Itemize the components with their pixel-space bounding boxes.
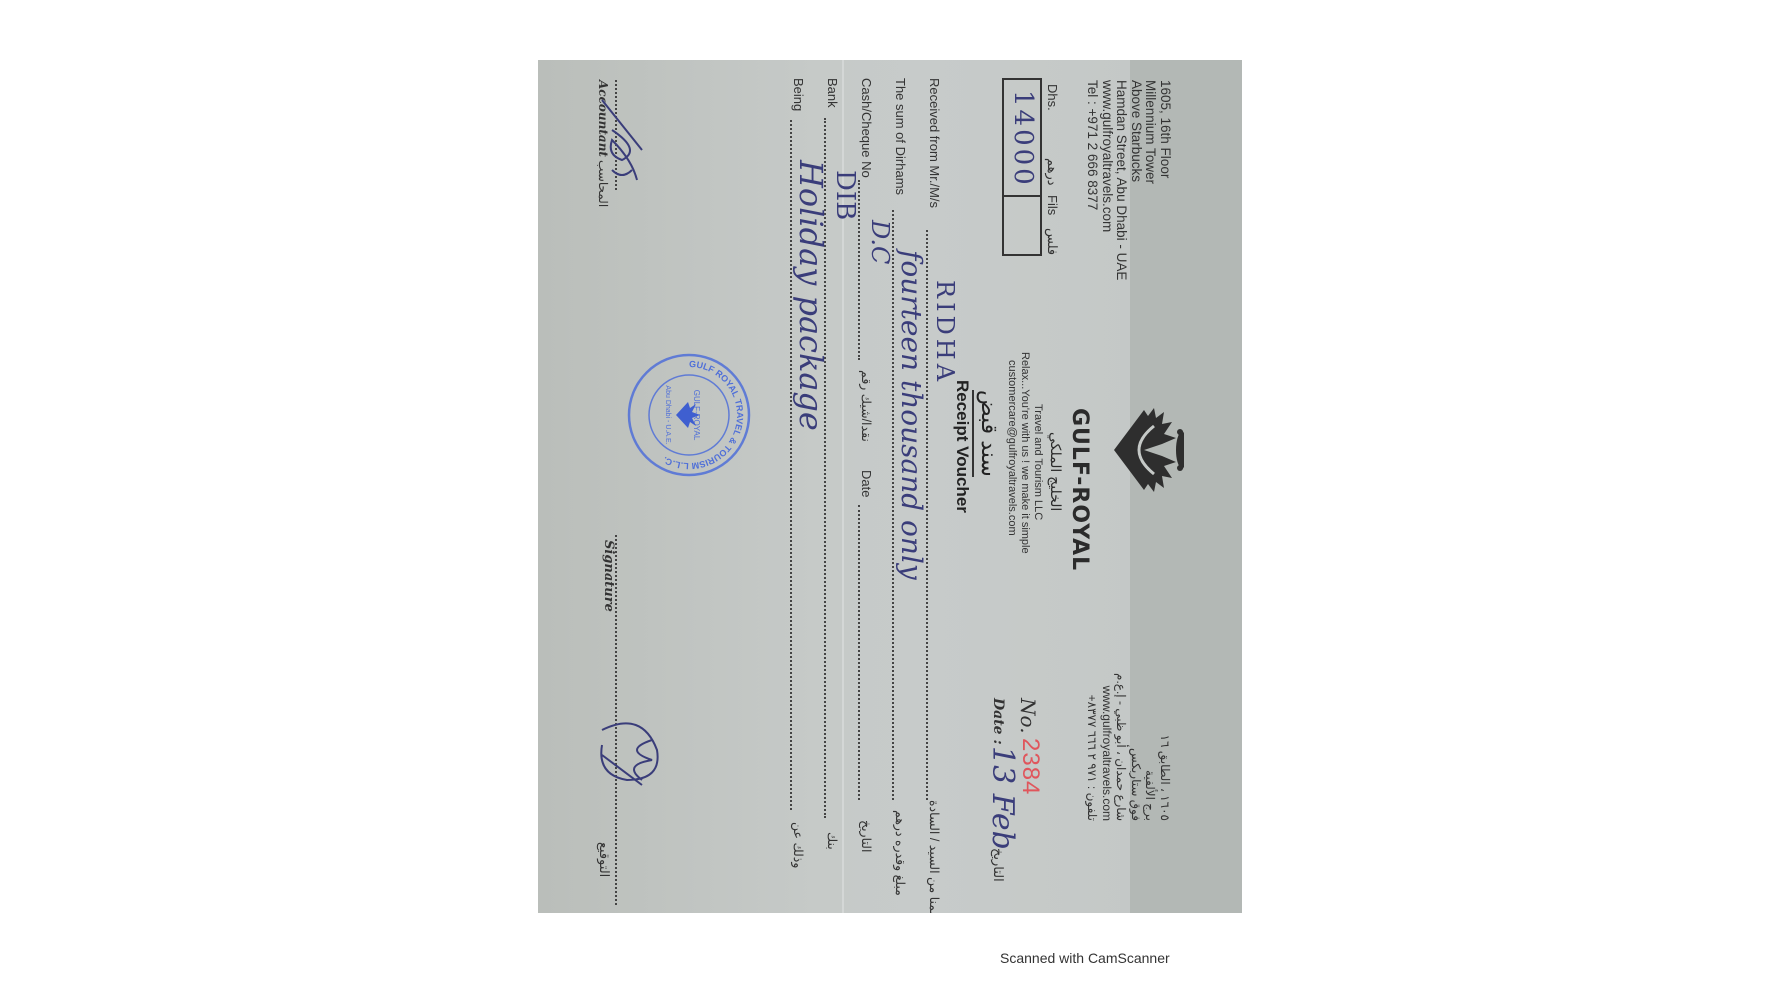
fils-label-arabic: فلس <box>1044 228 1060 255</box>
voucher-title: Receipt Voucher <box>952 380 972 513</box>
voucher-number: 2384 <box>1016 738 1044 795</box>
field-label: The sum of Dirhams <box>893 78 908 195</box>
amount-box: 14000 <box>1002 78 1042 256</box>
phone-line-ar: تلفون : ٩٧١ ٢ ٦٦٦ ٨٣٧٧+ <box>1085 673 1100 821</box>
company-email: customercare@gulfroyaltravels.com <box>1006 360 1018 536</box>
voucher-number-label: No. <box>1016 698 1040 734</box>
company-tagline: Relax...You're with us ! we make it simp… <box>1019 352 1031 554</box>
bank-value: DIB <box>830 170 860 220</box>
dhs-label: Dhs. <box>1045 84 1060 111</box>
customer-signature <box>592 710 672 800</box>
signature-label: Signature <box>601 540 616 612</box>
receipt-paper: 1605, 16th Floor Millennium Tower Above … <box>538 60 1242 913</box>
fils-label: Fils <box>1045 195 1060 215</box>
field-label-arabic: بنك <box>825 832 840 850</box>
field-label: Bank <box>825 78 840 108</box>
company-name-arabic: الخليج الملكي <box>1047 432 1064 511</box>
field-label: Cash/Cheque No <box>859 78 874 178</box>
cheque-date-label-arabic: التاريخ <box>859 820 874 852</box>
address-line: Hamdan Street, Abu Dhabi - UAE <box>1114 80 1129 280</box>
field-label-arabic: وذلك عن <box>791 822 806 868</box>
scanned-receipt-photo: 1605, 16th Floor Millennium Tower Above … <box>538 60 1242 913</box>
field-received-from: Received from Mr./M/s <box>927 78 942 208</box>
camscanner-watermark: Scanned with CamScanner <box>1000 950 1170 966</box>
amount-box-divider <box>1004 195 1040 197</box>
field-label-arabic: استلمنا من السيد / السادة <box>927 800 942 913</box>
address-line: 1605, 16th Floor <box>1158 80 1173 280</box>
dhs-label-arabic: درهم <box>1044 158 1060 186</box>
address-line: Above Starbucks <box>1129 80 1144 280</box>
company-subtitle: Travel and Tourism LLC <box>1032 404 1044 520</box>
phone-line: Tel : +971 2 666 8377 <box>1085 80 1100 280</box>
address-english: 1605, 16th Floor Millennium Tower Above … <box>1085 80 1172 280</box>
accountant-signature <box>592 90 652 210</box>
field-label: Received from Mr./M/s <box>927 78 942 208</box>
address-arabic: ١٦٠٥ ، الطابق ١٦ برج الألفية فوق ستاربكس… <box>1085 673 1172 821</box>
receipt-voucher: 1605, 16th Floor Millennium Tower Above … <box>538 60 1242 913</box>
address-line: Millennium Tower <box>1143 80 1158 280</box>
address-line-ar: فوق ستاربكس <box>1129 673 1144 821</box>
sum-of-dirhams-value: fourteen thousand only <box>895 250 928 580</box>
field-label-arabic: نقدا/شيك رقم <box>859 370 874 442</box>
signature-label-arabic: التوقيع <box>596 842 612 877</box>
field-label-arabic: مبلغ وقدره درهم <box>893 810 908 896</box>
field-bank: Bank <box>825 78 840 108</box>
received-from-value: RIDHA <box>931 280 959 385</box>
dotted-line <box>858 505 860 800</box>
date-label-arabic: التاريخ <box>990 848 1006 882</box>
address-line-ar: شارع حمدان ، أبو ظبي - إ.ع.م <box>1114 673 1129 821</box>
date-handwritten: 13 Feb <box>985 746 1020 850</box>
svg-text:Abu Dhabi - U.A.E.: Abu Dhabi - U.A.E. <box>664 385 671 444</box>
website-line-ar: www.gulfroyaltravels.com <box>1100 673 1115 821</box>
address-line-ar: ١٦٠٥ ، الطابق ١٦ <box>1158 673 1173 821</box>
field-sum-of-dirhams: The sum of Dirhams <box>893 78 908 195</box>
cheque-date-label: Date <box>859 470 874 497</box>
field-cash-cheque-no: Cash/Cheque No <box>859 78 874 178</box>
company-name: GULF-ROYAL <box>1067 408 1092 571</box>
svg-text:GULF ROYAL TRAVEL & TOURISM L.: GULF ROYAL TRAVEL & TOURISM L.L.C. <box>661 359 745 471</box>
date-label: Date : <box>990 698 1006 745</box>
dotted-line <box>892 210 894 800</box>
field-being: Being <box>791 78 806 111</box>
field-label: Being <box>791 78 806 111</box>
amount-dhs-value: 14000 <box>1008 90 1038 188</box>
website-line: www.gulfroyaltravels.com <box>1100 80 1115 280</box>
address-line-ar: برج الألفية <box>1143 673 1158 821</box>
company-stamp: GULF ROYAL TRAVEL & TOURISM L.L.C. GULF-… <box>624 350 754 480</box>
voucher-title-arabic: سند قبض <box>972 390 1002 477</box>
being-value: Holiday package <box>792 160 830 431</box>
cash-cheque-value: D.C <box>866 220 894 264</box>
